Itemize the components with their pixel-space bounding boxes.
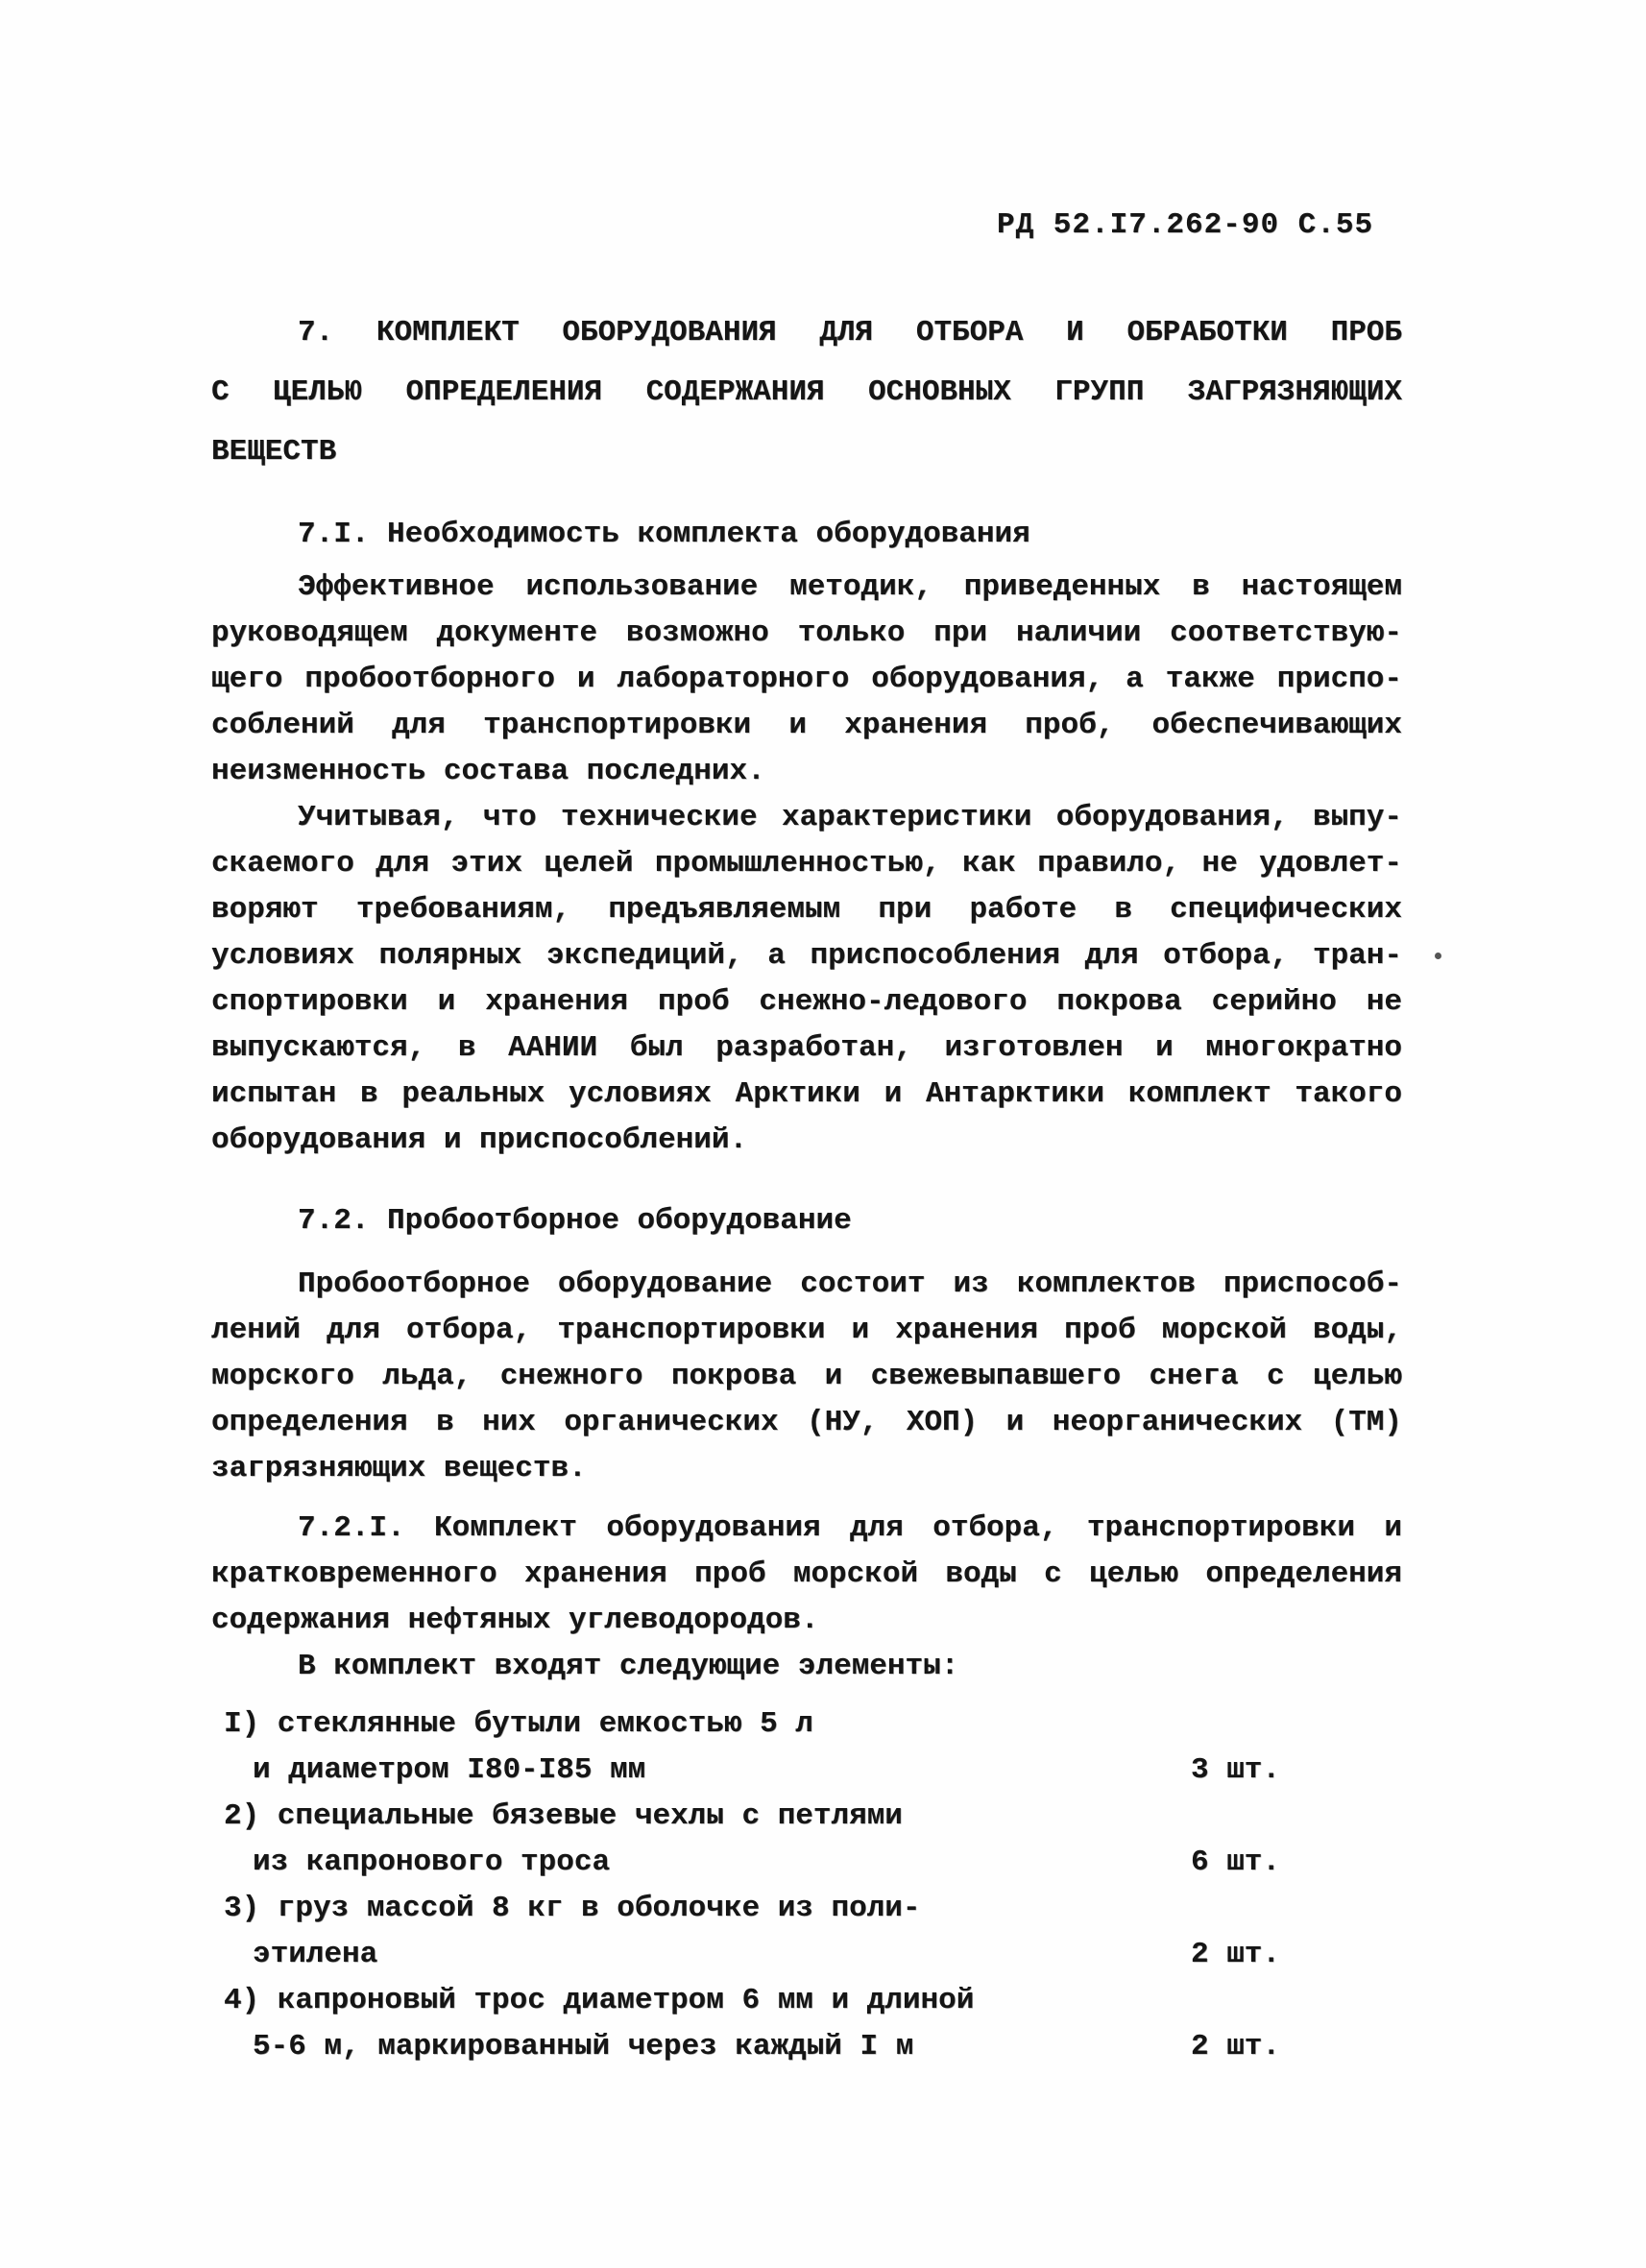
paragraph-line: Эффективное использование методик, приве… [211,565,1402,611]
scan-speck-artifact [1435,953,1441,959]
list-item-continuation: из капронового троса 6 шт. [211,1840,1402,1886]
paragraph-line: соблений для транспортировки и хранения … [211,703,1402,749]
paragraph-line: руководящем документе возможно только пр… [211,611,1402,657]
paragraph-line: морского льда, снежного покрова и свежев… [211,1354,1402,1400]
paragraph-line: скаемого для этих целей промышленностью,… [211,841,1402,887]
section-7-2-paragraph: Пробоотборное оборудование состоит из ко… [211,1262,1402,1492]
section-7-1-paragraph-1: Эффективное использование методик, приве… [211,565,1402,795]
section-7-2-heading: 7.2. Пробоотборное оборудование [211,1198,1402,1244]
list-item-line: 3) груз массой 8 кг в оболочке из поли- [211,1886,1402,1932]
list-item: 2) специальные бязевые чехлы с петлями [211,1794,1402,1840]
list-item-continuation: этилена 2 шт. [211,1932,1402,1978]
list-item-continuation: и диаметром I80-I85 мм 3 шт. [211,1748,1402,1794]
list-item: 4) капроновый трос диаметром 6 мм и длин… [211,1978,1402,2024]
paragraph-line: 7.2.I. Комплект оборудования для отбора,… [211,1506,1402,1552]
paragraph-line: спортировки и хранения проб снежно-ледов… [211,979,1402,1025]
list-item-continuation: 5-6 м, маркированный через каждый I м 2 … [211,2024,1402,2070]
paragraph-line: испытан в реальных условиях Арктики и Ан… [211,1072,1402,1118]
list-item-line: I) стеклянные бутыли емкостью 5 л [211,1701,1402,1748]
paragraph-line: условиях полярных экспедиций, а приспосо… [211,933,1402,979]
section-7-1-paragraph-2: Учитывая, что технические характеристики… [211,795,1402,1164]
paragraph-line: кратковременного хранения проб морской в… [211,1552,1402,1598]
document-reference-header: РД 52.I7.262-90 С.55 [997,207,1373,244]
document-body: 7. КОМПЛЕКТ ОБОРУДОВАНИЯ ДЛЯ ОТБОРА И ОБ… [211,303,1402,2070]
item-quantity: 2 шт. [1191,1932,1280,1978]
paragraph-line: Пробоотборное оборудование состоит из ко… [211,1262,1402,1308]
paragraph-line: оборудования и приспособлений. [211,1118,1402,1164]
section-7-heading: 7. КОМПЛЕКТ ОБОРУДОВАНИЯ ДЛЯ ОТБОРА И ОБ… [211,303,1402,482]
paragraph-line: выпускаются, в ААНИИ был разработан, изг… [211,1025,1402,1072]
list-intro-line: В комплект входят следующие элементы: [211,1644,1402,1690]
list-item-line: 2) специальные бязевые чехлы с петлями [211,1794,1402,1840]
list-item: I) стеклянные бутыли емкостью 5 л [211,1701,1402,1748]
section-7-heading-line: 7. КОМПЛЕКТ ОБОРУДОВАНИЯ ДЛЯ ОТБОРА И ОБ… [211,303,1402,363]
paragraph-line: определения в них органических (НУ, ХОП)… [211,1400,1402,1446]
item-quantity: 6 шт. [1191,1840,1280,1886]
paragraph-line: содержания нефтяных углеводородов. [211,1598,1402,1644]
paragraph-line: лений для отбора, транспортировки и хран… [211,1308,1402,1354]
section-7-heading-line: ВЕЩЕСТВ [211,422,1402,482]
paragraph-line: воряют требованиям, предъявляемым при ра… [211,887,1402,933]
equipment-list: I) стеклянные бутыли емкостью 5 л и диам… [211,1701,1402,2070]
list-item: 3) груз массой 8 кг в оболочке из поли- [211,1886,1402,1932]
list-item-line: 4) капроновый трос диаметром 6 мм и длин… [211,1978,1402,2024]
item-quantity: 3 шт. [1191,1748,1280,1794]
section-7-heading-line: С ЦЕЛЬЮ ОПРЕДЕЛЕНИЯ СОДЕРЖАНИЯ ОСНОВНЫХ … [211,363,1402,422]
paragraph-line: загрязняющих веществ. [211,1446,1402,1492]
section-7-2-1-paragraph: 7.2.I. Комплект оборудования для отбора,… [211,1506,1402,1690]
paragraph-line: щего пробоотборного и лабораторного обор… [211,657,1402,703]
document-page: РД 52.I7.262-90 С.55 7. КОМПЛЕКТ ОБОРУДО… [0,0,1646,2268]
item-quantity: 2 шт. [1191,2024,1280,2070]
section-7-1-heading: 7.I. Необходимость комплекта оборудовани… [211,512,1402,558]
paragraph-line: Учитывая, что технические характеристики… [211,795,1402,841]
paragraph-line: неизменность состава последних. [211,749,1402,795]
